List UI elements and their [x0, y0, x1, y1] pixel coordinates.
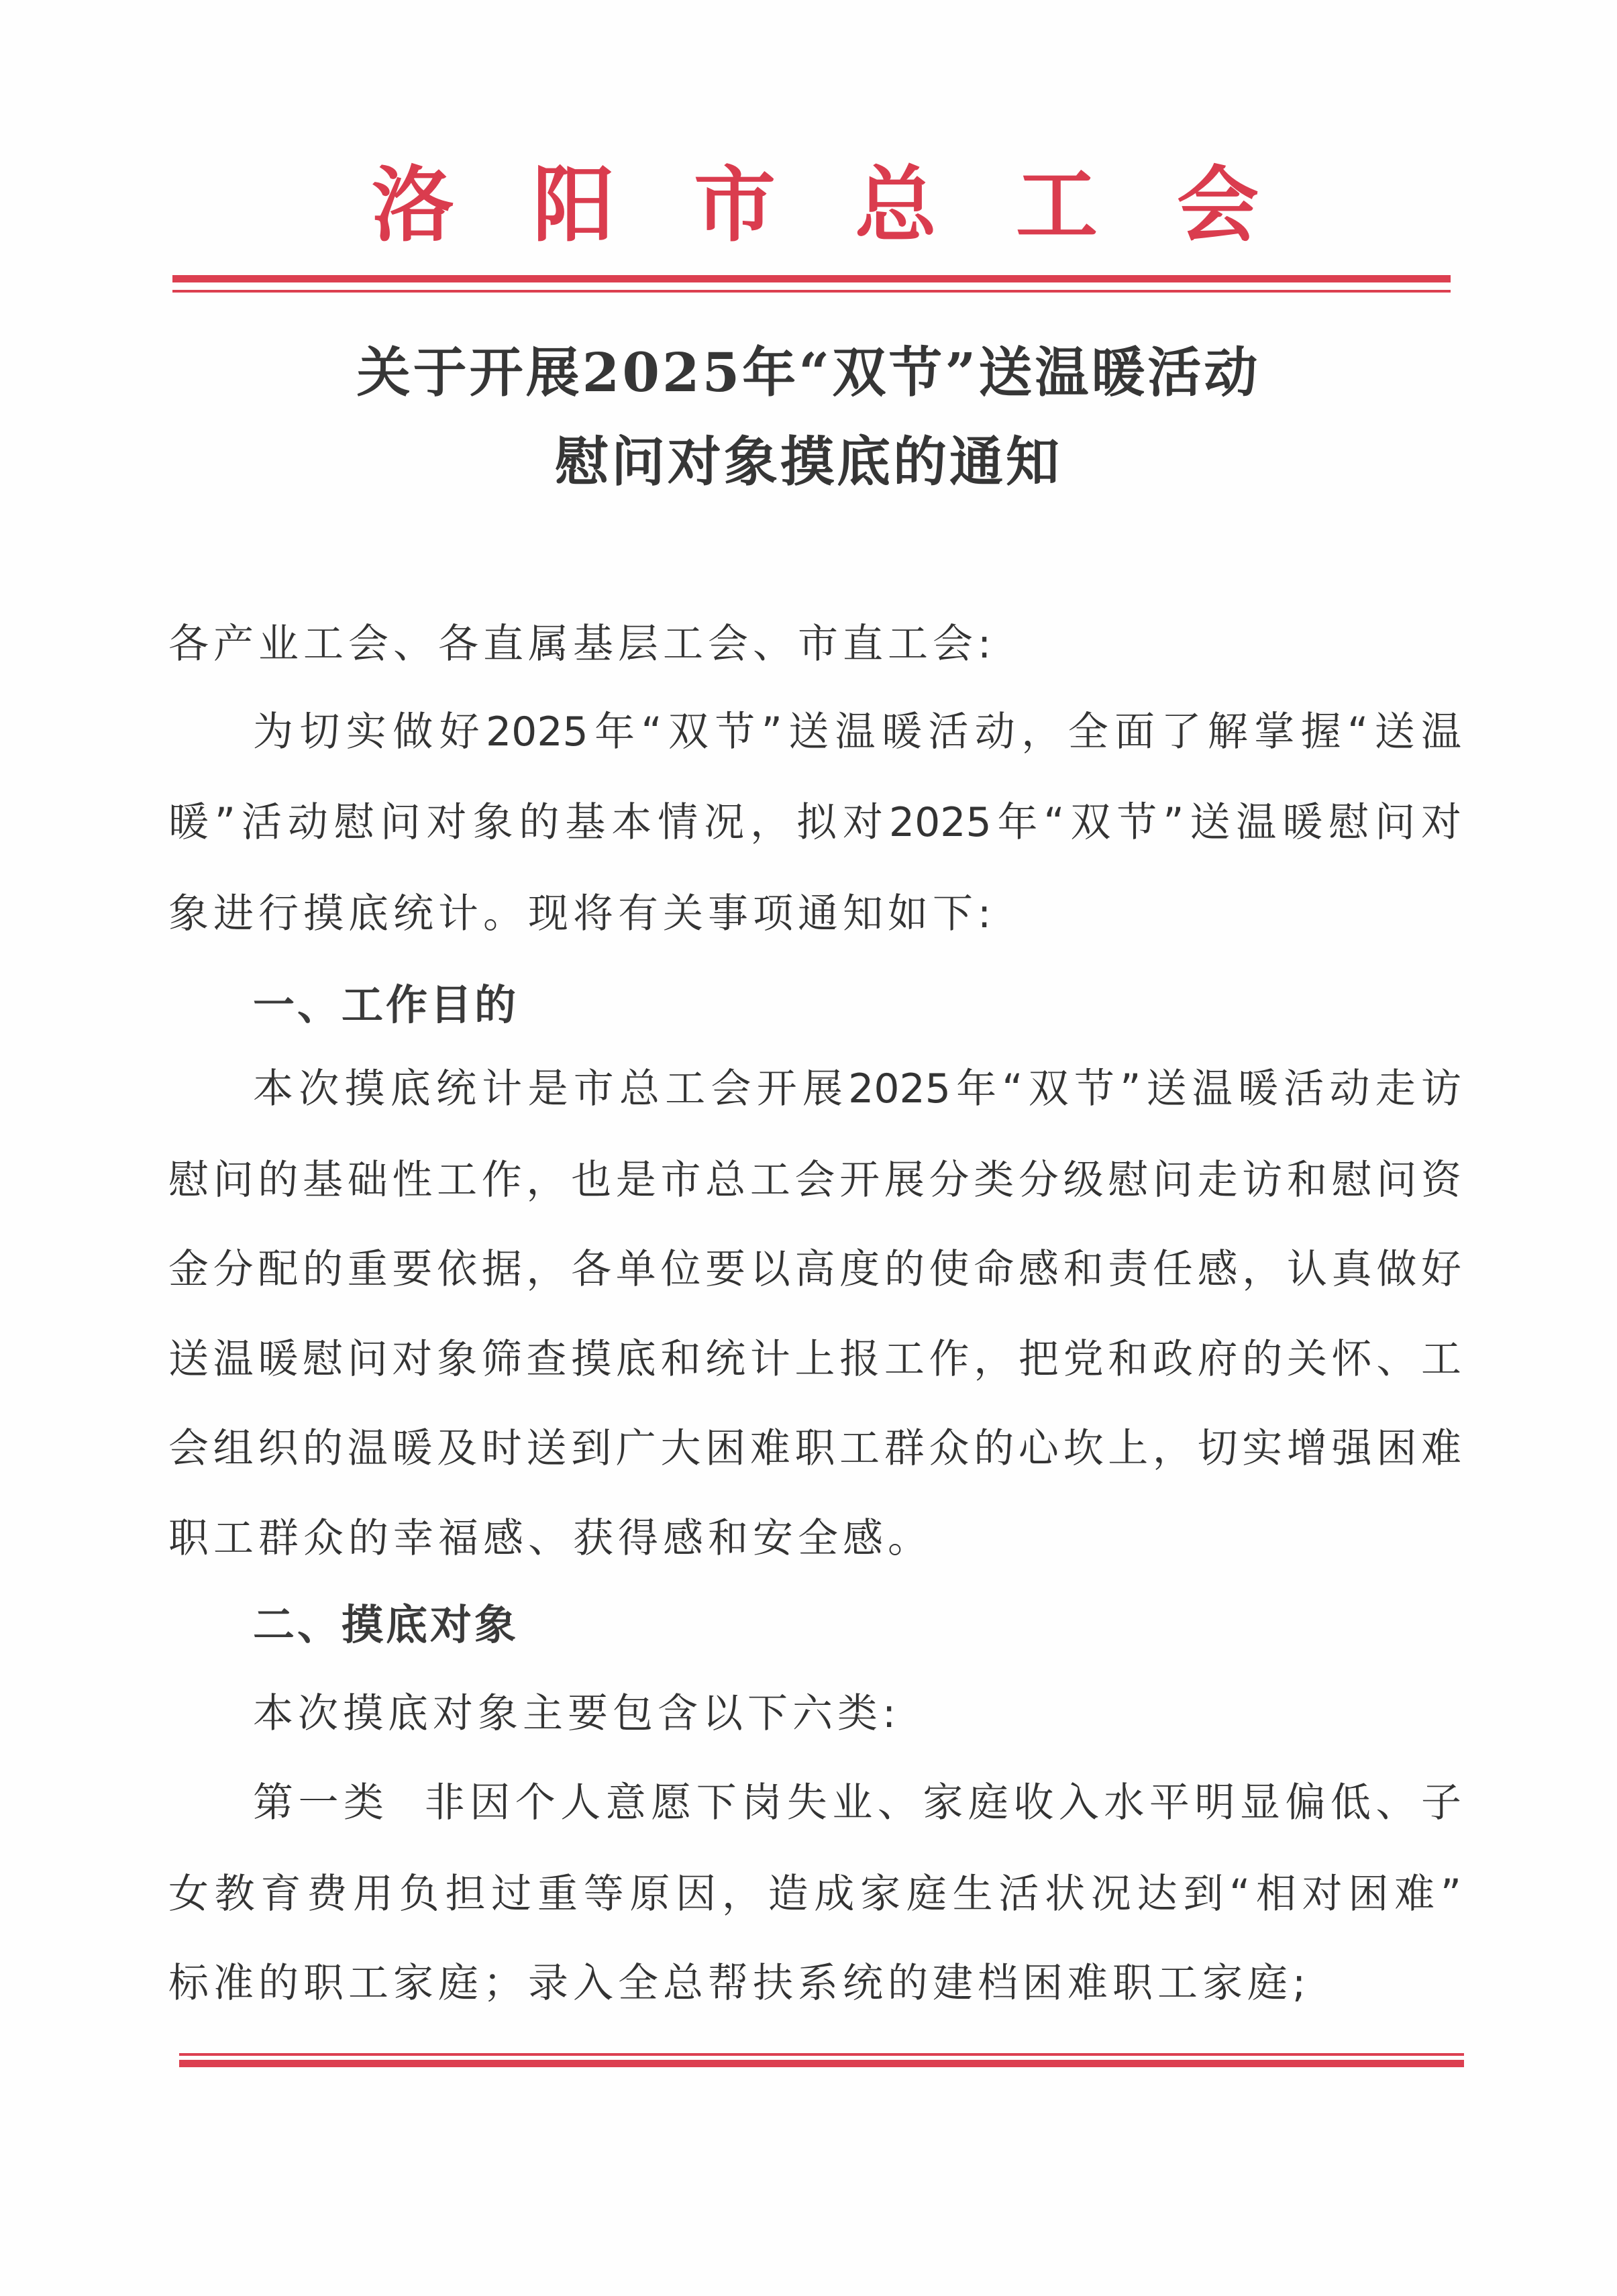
section1-line: 职工群众的幸福感、获得感和安全感。	[168, 1502, 1461, 1575]
document-title-line-2: 慰问对象摸底的通知	[0, 428, 1617, 495]
section-heading-purpose: 一、工作目的	[168, 968, 1461, 1042]
document-title-line-1: 关于开展2025年“双节”送温暖活动	[0, 339, 1617, 406]
letterhead-rule-thin	[172, 290, 1451, 293]
section-heading-targets: 二、摸底对象	[168, 1588, 1461, 1662]
letterhead-char: 工	[1006, 154, 1107, 255]
intro-line: 为切实做好2025年“双节”送温暖活动，全面了解掌握“送温	[168, 695, 1461, 769]
letterhead-char: 会	[1167, 154, 1268, 255]
section1-line: 金分配的重要依据，各单位要以高度的使命感和责任感，认真做好	[168, 1233, 1461, 1306]
section2-line: 标准的职工家庭；录入全总帮扶系统的建档困难职工家庭;	[168, 1946, 1461, 2020]
section1-line: 送温暖慰问对象筛查摸底和统计上报工作，把党和政府的关怀、工	[168, 1322, 1461, 1396]
footer-rule-thick	[179, 2060, 1464, 2067]
letterhead-char: 洛	[362, 154, 463, 255]
letterhead-char: 阳	[523, 154, 624, 255]
section2-line: 女教育费用负担过重等原因，造成家庭生活状况达到“相对困难”	[168, 1857, 1461, 1931]
organization-letterhead: 洛 阳 市 总 工 会	[362, 154, 1268, 255]
section2-line: 第一类 非因个人意愿下岗失业、家庭收入水平明显偏低、子	[168, 1766, 1461, 1840]
letterhead-rule-thick	[172, 275, 1451, 282]
footer-rule-thin	[179, 2053, 1464, 2056]
section1-line: 本次摸底统计是市总工会开展2025年“双节”送温暖活动走访	[168, 1052, 1461, 1126]
letterhead-char: 市	[684, 154, 785, 255]
section2-line: 本次摸底对象主要包含以下六类:	[168, 1677, 1461, 1751]
salutation: 各产业工会、各直属基层工会、市直工会:	[168, 607, 1461, 681]
letterhead-char: 总	[845, 154, 946, 255]
intro-line: 象进行摸底统计。现将有关事项通知如下:	[168, 877, 1461, 951]
section1-line: 会组织的温暖及时送到广大困难职工群众的心坎上，切实增强困难	[168, 1412, 1461, 1485]
section1-line: 慰问的基础性工作，也是市总工会开展分类分级慰问走访和慰问资	[168, 1143, 1461, 1217]
document-page: 洛 阳 市 总 工 会 关于开展2025年“双节”送温暖活动 慰问对象摸底的通知…	[0, 0, 1617, 2296]
intro-line: 暖”活动慰问对象的基本情况，拟对2025年“双节”送温暖慰问对	[168, 786, 1461, 859]
